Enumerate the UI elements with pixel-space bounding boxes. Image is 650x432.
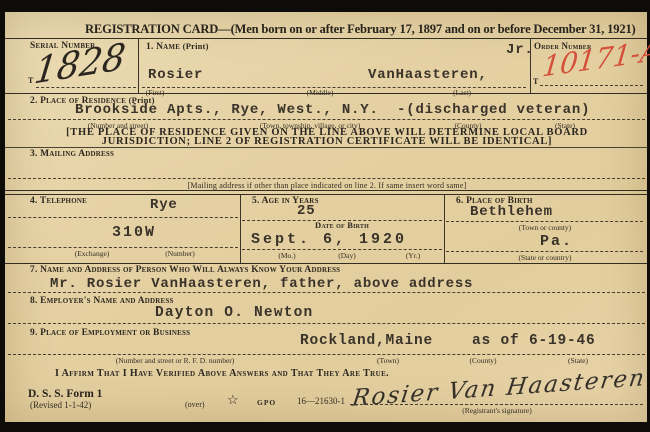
contact-value: Mr. Rosier VanHaasteren, father, above a…: [50, 276, 473, 292]
order-prefix: T: [533, 77, 539, 86]
mailing-hint: [Mailing address if other than place ind…: [188, 181, 467, 190]
name-suffix-value: Jr.: [506, 42, 534, 58]
name-label: 1. Name (Print): [146, 41, 209, 52]
employment-dotted-line: [8, 354, 645, 355]
mailing-dotted-line: [8, 178, 645, 179]
age-dotted-line-2: [242, 249, 442, 250]
telephone-dotted-line-2: [8, 247, 238, 248]
telephone-label: 4. Telephone: [30, 196, 87, 206]
dob-label: Date of Birth: [315, 220, 369, 230]
form-number: D. S. S. Form 1: [28, 388, 102, 400]
name-last-value: VanHaasteren,: [368, 67, 488, 83]
print-code: 16—21630-1: [297, 396, 345, 406]
residence-value: Brookside Apts., Rye, West., N.Y. -(disc…: [75, 102, 590, 118]
affirmation-text: I Affirm That I Have Verified Above Answ…: [55, 368, 389, 379]
employment-value: Rockland,Maine: [300, 333, 433, 349]
employment-sub-county: (County): [469, 356, 496, 365]
divider-serial-name: [138, 39, 139, 93]
rule-under-title: [5, 38, 647, 39]
birth-sub-state: (State or country): [519, 253, 572, 262]
name-label-text: 1. Name: [146, 42, 180, 52]
card-title: REGISTRATION CARD—(Men born on or after …: [85, 22, 636, 37]
employment-value-note: as of 6-19-46: [472, 333, 596, 349]
star-icon: ☆: [227, 392, 239, 408]
employment-label: 9. Place of Employment or Business: [30, 328, 190, 338]
birth-sub-town: (Town or county): [519, 223, 571, 232]
dob-sub-mo: (Mo.): [278, 251, 295, 260]
divider-age-birth: [444, 194, 445, 263]
divider-tel-age: [240, 194, 241, 263]
telephone-sub-number: (Number): [165, 249, 195, 258]
double-rule: [5, 190, 647, 195]
birth-dotted-line-2: [446, 251, 643, 252]
name-first-value: Rosier: [148, 67, 203, 83]
rule-row2-bottom: [5, 147, 647, 148]
mailing-label: 3. Mailing Address: [30, 149, 114, 159]
residence-note-line2: JURISDICTION; LINE 2 OF REGISTRATION CER…: [102, 136, 552, 147]
employer-dotted-line: [8, 323, 645, 324]
residence-dotted-line: [8, 119, 645, 120]
dob-sub-yr: (Yr.): [406, 251, 420, 260]
employment-sub-town: (Town): [377, 356, 399, 365]
serial-prefix: T: [28, 76, 34, 85]
dob-value: Sept. 6, 1920: [251, 231, 407, 248]
birth-dotted-line-1: [446, 221, 643, 222]
serial-dotted-line: [36, 87, 136, 88]
name-print-hint: (Print): [183, 41, 209, 51]
employer-value: Dayton O. Newton: [155, 305, 313, 321]
form-revised: (Revised 1-1-42): [30, 400, 91, 410]
gpo-text: GPO: [257, 398, 276, 407]
signature-label: (Registrant's signature): [462, 406, 531, 415]
contact-dotted-line: [8, 292, 645, 293]
age-value: 25: [297, 203, 315, 219]
birth-town-value: Bethlehem: [470, 204, 553, 220]
telephone-number-value: 310W: [112, 224, 156, 241]
birth-state-value: Pa.: [540, 233, 573, 250]
telephone-dotted-line-1: [8, 217, 238, 218]
telephone-exchange-value: Rye: [150, 197, 178, 213]
employment-sub-street: (Number and street or R. F. D. number): [116, 356, 235, 365]
order-dotted-line: [540, 85, 643, 86]
telephone-sub-exchange: (Exchange): [75, 249, 110, 258]
registration-card-scan: REGISTRATION CARD—(Men born on or after …: [0, 0, 650, 432]
dob-sub-day: (Day): [338, 251, 356, 260]
employment-sub-state: (State): [568, 356, 588, 365]
over-note: (over): [185, 400, 205, 409]
employer-label: 8. Employer's Name and Address: [30, 296, 174, 306]
contact-label: 7. Name and Address of Person Who Will A…: [30, 265, 340, 275]
